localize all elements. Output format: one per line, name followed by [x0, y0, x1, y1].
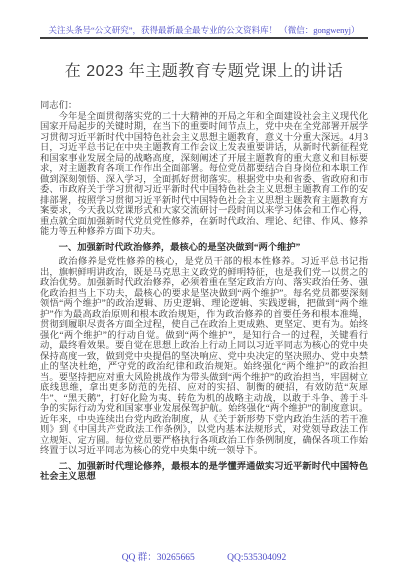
qq-number: QQ:535304092 — [227, 553, 286, 563]
section-heading-1: 一、加强新时代政治修养，最核心的是坚决做到“两个维护” — [40, 243, 368, 254]
header-notice: 关注头条号“公文研究”，获得最新最全最专业的公文资料库！ （微信：gongwen… — [40, 25, 368, 39]
salutation: 同志们： — [40, 101, 368, 112]
document-title: 在 2023 年主题教育专题党课上的讲话 — [36, 62, 372, 82]
paragraph-2: 政治修养是党性修养的核心，是党员干部的根本性修养。习近平总书记指出，旗帜鲜明讲政… — [40, 257, 368, 457]
qq-group-number: QQ 群：30265665 — [122, 553, 195, 563]
document-page: 关注头条号“公文研究”，获得最新最全最专业的公文资料库！ （微信：gongwen… — [0, 0, 408, 580]
section-heading-2: 二、加强新时代理论修养，最根本的是学懂弄通做实习近平新时代中国特色社会主义思想 — [40, 462, 368, 483]
document-body: 同志们： 今年是全面贯彻落实党的二十大精神的开局之年和全面建设社会主义现代化国家… — [40, 101, 368, 483]
page-footer: QQ 群：30265665 QQ:535304092 — [0, 553, 408, 564]
paragraph-1: 今年是全面贯彻落实党的二十大精神的开局之年和全面建设社会主义现代化国家开局起步的… — [40, 112, 368, 238]
page-header: 关注头条号“公文研究”，获得最新最全最专业的公文资料库！ （微信：gongwen… — [40, 0, 368, 39]
